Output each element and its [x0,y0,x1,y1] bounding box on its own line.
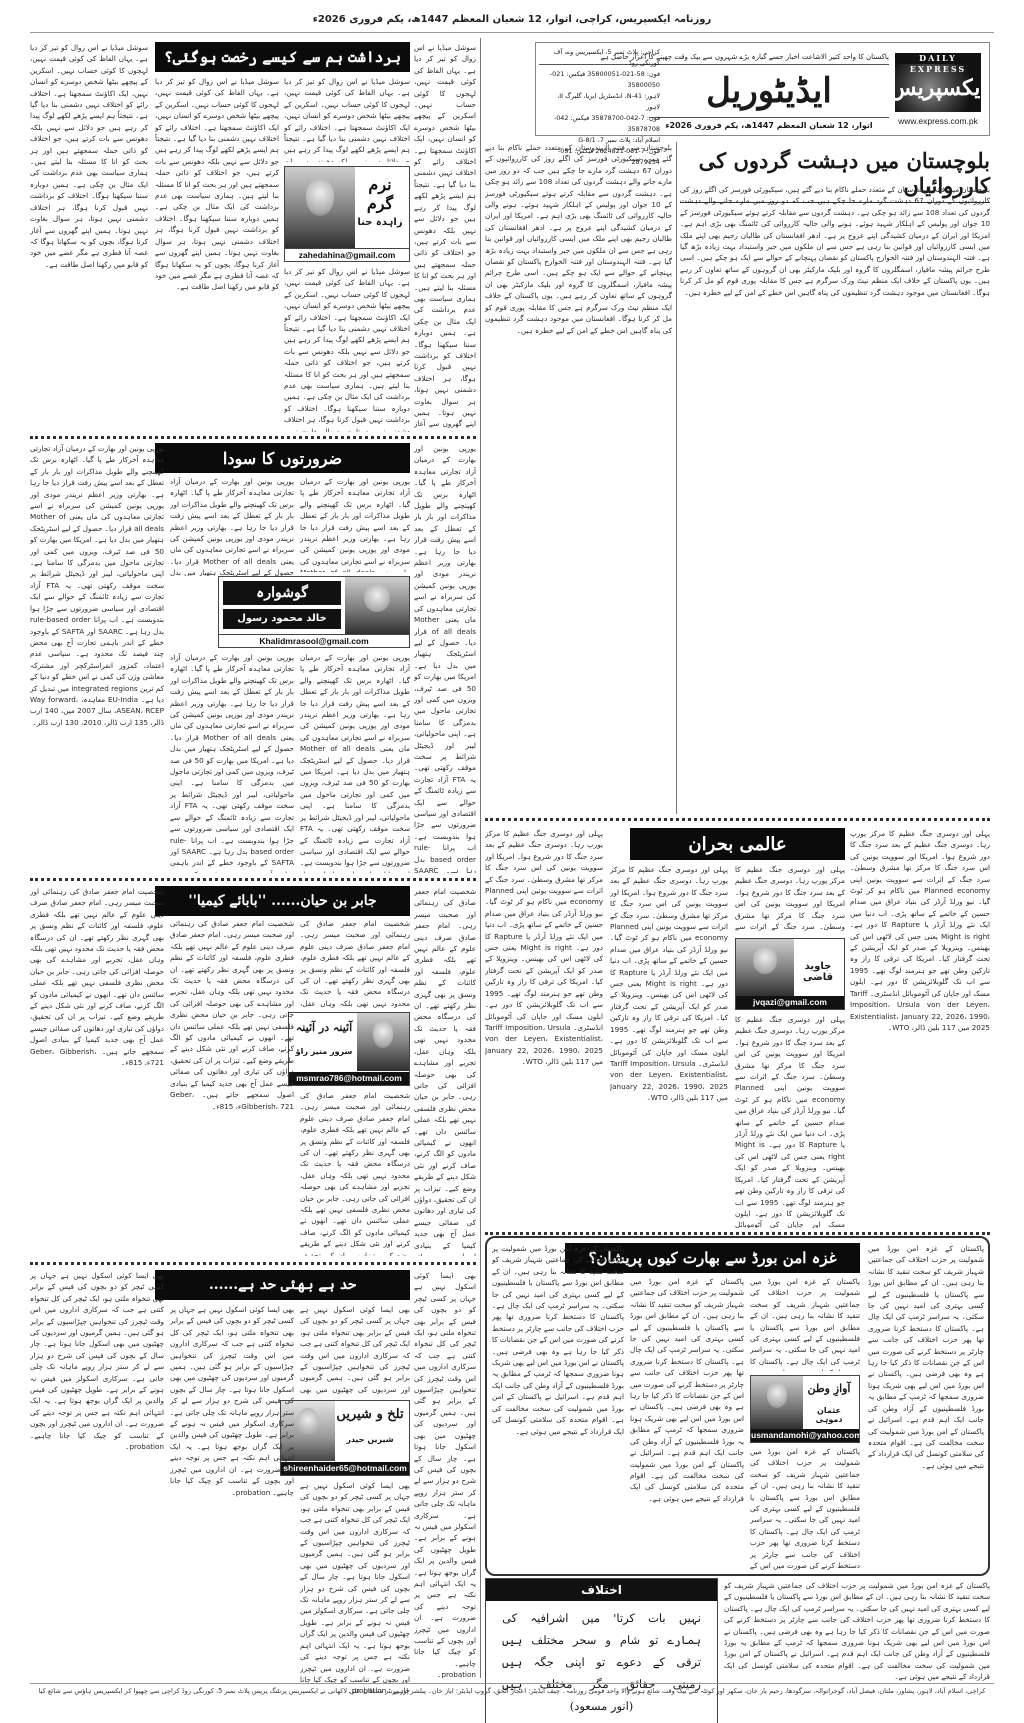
author-name: شیریں حیدر [335,1435,405,1444]
author-email[interactable]: usmandamohi@yahoo.com [751,1429,859,1442]
author-name: زاہدہ حنا [357,217,403,228]
needs-body-col3: یورپی یونین اور بھارت کے درمیان آزاد تجا… [300,652,410,873]
folio-rule [30,32,994,33]
limit-body-col4: بھی ایسا کوئی اسکول نہیں ہے جہاں پر کسی … [170,1304,294,1715]
tolerance-body-col1: سوشل میڈیا نے اس زوال کو تیز کر دیا ہے۔ … [414,42,476,432]
author-email[interactable]: Khalidmrasool@gmail.com [219,634,409,647]
author-name: خالد محمود رسول [223,609,341,629]
poem-word: اپنی [565,1651,584,1673]
column-name: آوازِ وطن [803,1382,855,1395]
limit-body-col1: بھی ایسا کوئی اسکول نہیں ہے جہاں پر کسی … [414,1270,476,1715]
gaza-body-col1: پاکستان کے غزہ امن بورڈ میں شمولیت پر حز… [868,1243,984,1571]
jabir-body-col3: شخصیت امام جعفر صادق کی رہنمائی اور صحبت… [300,1090,410,1256]
tolerance-body-col2: سوشل میڈیا نے اس زوال کو تیز کر دیا ہے۔ … [284,76,410,162]
section-divider [30,1262,476,1265]
article-headline-tolerance[interactable]: برداشت ہم سے کیسے رخصت ہوگئی؟ [155,42,410,72]
author-box-shireen-haider: تلخ و شیریں شیریں حیدر shireenhaider65@h… [280,1400,410,1476]
author-email[interactable]: jvqazi@gmail.com [736,996,844,1009]
author-name: عثمان دموہی [803,1406,855,1424]
poem-word: و [605,1629,611,1651]
needs-body-col2: یورپی یونین اور بھارت کے درمیان آزاد تجا… [300,476,410,572]
limit-body-col3: بھی ایسا کوئی اسکول نہیں ہے جہاں پر کسی … [300,1480,410,1715]
editorial-body-col2: بلوچستان میں فتنہ الہندوستان کے متعدد حم… [485,142,672,814]
masthead: DAILY EXPRESS ایکسپریس www.express.com.p… [535,42,990,136]
section-divider [30,436,476,439]
article-headline-limit[interactable]: حد ہے بھئی حد ہے...... [155,1270,410,1300]
global-crisis-body-col4: پہلی اور دوسری جنگ عظیم کا مرکز یورپ رہا… [610,864,728,1228]
global-crisis-body-col2: پہلی اور دوسری جنگ عظیم کا مرکز یورپ رہا… [735,864,845,934]
poem-word: دعوے [617,1651,642,1673]
poem-title: اختلاف [486,1579,717,1601]
needs-body-col6: یورپی یونین اور بھارت کے درمیان آزاد تجا… [30,443,164,873]
poem-word: ہیں [502,1629,522,1651]
poem-word: ہمارے [667,1629,701,1651]
poem-word: کرتا' [613,1607,635,1629]
contact-lahore-phone: فون: 7-042-35878700 فیکس: 042-35878708 [554,114,660,133]
author-photo [357,1013,409,1071]
gaza-body-col2: پاکستان کے غزہ امن بورڈ میں شمولیت پر حز… [750,1276,860,1371]
global-crisis-body-col1: پہلی اور دوسری جنگ عظیم کا مرکز یورپ رہا… [850,828,990,1228]
column-name: تلخ و شیریں [335,1407,405,1422]
poem-word: نہیں [679,1607,701,1629]
contact-karachi-phone: فون: 58-021-35800051 فیکس: 021-35800050 [550,70,660,89]
tolerance-body-col3: سوشل میڈیا نے اس زوال کو تیز کر دیا ہے۔ … [284,266,410,432]
issue-date: اتوار، 12 شعبان المعظم 1447ھ، یکم فروری … [649,117,889,130]
gaza-body-col5: پاکستان کے غزہ امن بورڈ میں شمولیت پر حز… [492,1243,624,1571]
jabir-body-col5: شخصیت امام جعفر صادق کی رہنمائی اور صحبت… [30,886,164,1256]
express-logo[interactable]: DAILY EXPRESS ایکسپریس www.express.com.p… [895,53,981,129]
author-name: جاوید قاضی [794,961,842,983]
section-divider [485,818,990,821]
website-link[interactable]: www.express.com.pk [895,116,981,126]
author-box-khalid-rasool: گوشوارہ خالد محمود رسول Khalidmrasool@gm… [218,576,410,648]
article-headline-needs[interactable]: ضرورتوں کا سودا [155,443,410,473]
author-box-sarwar-rao: آئینہ در آئینہ سرور منیر راؤ msmrao786@h… [288,1012,410,1086]
poem-word: ہیں [502,1651,522,1673]
global-crisis-body-col5: پہلی اور دوسری جنگ عظیم کا مرکز یورپ رہا… [485,828,603,1228]
poem-lines: نہیں بات کرتا' میں اشرافیہ کی ہمارے تو ش… [486,1601,717,1723]
jabir-body-col2: شخصیت امام جعفر صادق کی رہنمائی اور صحبت… [300,918,410,1008]
jabir-body-col4: شخصیت امام جعفر صادق کی رہنمائی اور صحبت… [170,918,294,1256]
poem-line: نہیں بات کرتا' میں اشرافیہ کی [502,1607,701,1629]
tolerance-body-col4: سوشل میڈیا نے اس زوال کو تیز کر دیا ہے۔ … [155,76,279,432]
author-email[interactable]: msmrao786@hotmail.com [289,1072,409,1085]
article-headline-global-crisis[interactable]: عالمی بحران [630,828,845,860]
needs-body-col1: یورپی یونین اور بھارت کے درمیان آزاد تجا… [414,443,476,873]
page-gutter-rule [480,38,481,1678]
poem-word: تو [596,1651,605,1673]
jabir-body-col1: شخصیت امام جعفر صادق کی رہنمائی اور صحبت… [414,886,476,1256]
poem-word: بات [648,1607,666,1629]
poem-word: کے [653,1651,665,1673]
poem-word: میں [582,1607,600,1629]
poem-word: تو [649,1629,658,1651]
newspaper-page: DAILY EXPRESS ایکسپریس www.express.com.p… [30,38,994,1678]
author-photo [736,939,794,997]
column-name: آئینہ در آئینہ [293,1021,355,1034]
column-name: گوشوارہ [223,581,341,605]
author-box-zahida-hina: نرم گرم زاہدہ حنا zahedahina@gmail.com [284,166,410,262]
gaza-body-col3: پاکستان کے غزہ امن بورڈ میں شمولیت پر حز… [750,1446,860,1571]
author-photo [285,167,355,249]
poem-line: ترقی کے دعوے تو اپنی جگہ ہیں [502,1651,701,1673]
folio-line: روزنامہ ایکسپریس، کراچی، اتوار، 12 شعبان… [0,14,1024,25]
poem-word: شام [620,1629,640,1651]
tolerance-body-col5: سوشل میڈیا نے اس زوال کو تیز کر دیا ہے۔ … [30,42,148,432]
poem-word: ترقی [676,1651,701,1673]
needs-body-col4: یورپی یونین اور بھارت کے درمیان آزاد تجا… [170,476,294,576]
poem-box: اختلاف نہیں بات کرتا' میں اشرافیہ کی ہما… [485,1578,718,1723]
contact-lahore-address: لاہور: N-41، انڈسٹریل ایریا، گلبرگ II، ل… [557,92,660,111]
author-email[interactable]: zahedahina@gmail.com [285,248,409,261]
poem-word: سحر [573,1629,596,1651]
author-photo [751,1376,803,1430]
editorial-body-col1: بلوچستان میں فتنہ الہندوستان کے متعدد حم… [680,184,990,814]
poem-word: جگہ [534,1651,554,1673]
author-photo [345,577,409,635]
author-name: سرور منیر راؤ [293,1047,355,1056]
limit-body-col5: بھی ایسا کوئی اسکول نہیں ہے جہاں پر کسی … [30,1270,164,1715]
poem-credit: (انور مسعود) [502,1695,701,1717]
author-email[interactable]: shireenhaider65@hotmail.com [281,1462,409,1475]
poem-word: مختلف [531,1629,564,1651]
poem-word: اشرافیہ [530,1607,568,1629]
author-box-usman-damohi: آوازِ وطن عثمان دموہی usmandamohi@yahoo.… [750,1375,860,1443]
section-divider [30,878,476,881]
section-divider [485,1232,990,1235]
poem-line: ہمارے تو شام و سحر مختلف ہیں [502,1629,701,1651]
contact-karachi-address: کراچی: پلاٹ نمبر 5، ایکسپریس وے، آف کورن… [554,48,660,67]
poem-word: کی [502,1607,517,1629]
column-name: نرم گرم [357,175,403,213]
column-rule [676,142,677,814]
limit-body-col2: بھی ایسا کوئی اسکول نہیں ہے جہاں پر کسی … [300,1304,410,1396]
global-crisis-body-col3: پہلی اور دوسری جنگ عظیم کا مرکز یورپ رہا… [735,1014,845,1228]
author-box-javed-qazi: جاوید قاضی jvqazi@gmail.com [735,938,845,1010]
section-title: ایڈیٹوریل [649,69,889,113]
gaza-body-col4: پاکستان کے غزہ امن بورڈ میں شمولیت پر حز… [630,1276,744,1571]
needs-body-col5: یورپی یونین اور بھارت کے درمیان آزاد تجا… [170,652,294,873]
logo-strip: DAILY EXPRESS [895,53,981,64]
gaza-body-continued: پاکستان کے غزہ امن بورڈ میں شمولیت پر حز… [724,1580,990,1718]
imprint-line: کراچی، اسلام آباد، لاہور، پشاور، ملتان، … [30,1683,994,1695]
article-headline-jabir[interactable]: جابر بن حیان...... ''بابائے کیمیا'' [155,886,410,916]
